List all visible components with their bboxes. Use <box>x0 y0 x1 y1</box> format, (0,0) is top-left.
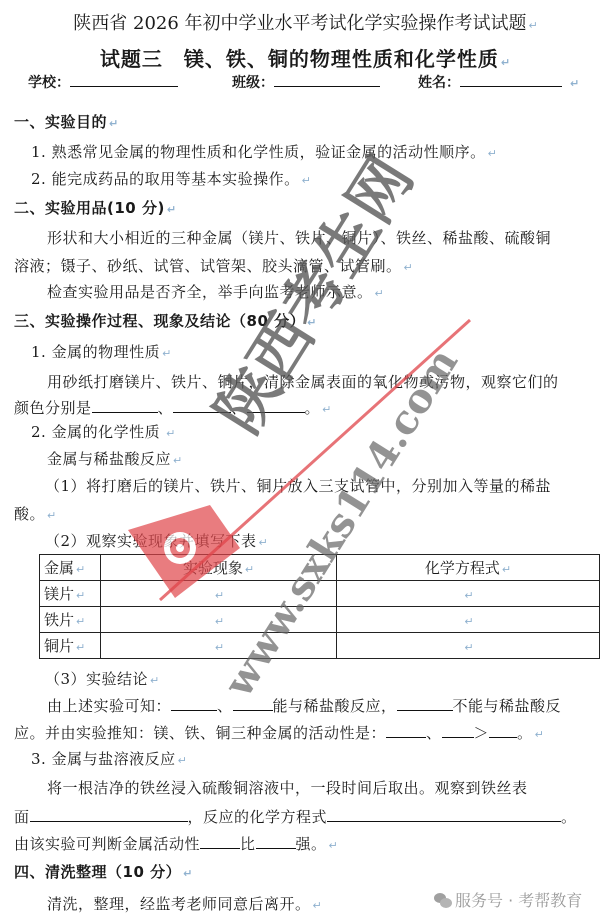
subtitle-text: 试题三 镁、铁、铜的物理性质和化学性质 <box>100 47 499 71</box>
objective-1: 1. 熟悉常见金属的物理性质和化学性质，验证金属的活动性顺序。↵ <box>31 143 497 163</box>
metal-cell: 镁片↵ <box>40 581 101 607</box>
nonreactive-metal-blank[interactable] <box>397 698 453 711</box>
observation-table: 金属↵ 实验现象↵ 化学方程式↵ 镁片↵ ↵ ↵ 铁片↵ ↵ ↵ 铜片↵ ↵ ↵ <box>39 554 600 659</box>
return-mark-icon: ↵ <box>329 839 339 852</box>
weaker-metal-blank[interactable] <box>256 836 296 849</box>
return-mark-icon: ↵ <box>375 287 385 300</box>
return-mark-icon: ↵ <box>109 117 119 130</box>
period: 。 <box>305 399 321 417</box>
acid-reaction-title: 金属与稀盐酸反应↵ <box>47 450 183 470</box>
section-3-heading: 三、实验操作过程、现象及结论（80 分）↵ <box>14 312 317 332</box>
section-1-heading: 一、实验目的↵ <box>14 113 119 133</box>
cu-color-blank[interactable] <box>247 400 305 413</box>
class-input[interactable] <box>274 74 380 87</box>
physical-line-2: 颜色分别是、、。↵ <box>14 399 332 419</box>
equation-cell[interactable]: ↵ <box>337 607 600 633</box>
materials-text: 溶液；镊子、砂纸、试管、试管架、胶头滴管、试管刷。 <box>14 257 402 275</box>
greater-than: ＞ <box>474 724 490 742</box>
return-mark-icon: ↵ <box>529 19 538 32</box>
salt-line-3: 由该实验可判断金属活动性比强。↵ <box>14 835 338 855</box>
reactive-metal-1-blank[interactable] <box>171 698 217 711</box>
chemical-properties-title: 2. 金属的化学性质↵ <box>31 423 176 443</box>
activity-3-blank[interactable] <box>489 725 517 738</box>
heading-text: 四、清洗整理（10 分） <box>14 863 181 881</box>
salt-text: 由该实验可判断金属活动性 <box>14 835 200 853</box>
return-mark-icon: ↵ <box>501 56 511 69</box>
materials-line-2: 溶液；镊子、砂纸、试管、试管架、胶头滴管、试管刷。↵ <box>14 257 413 277</box>
name-label: 姓名： <box>418 75 460 91</box>
conclusion-text: 应。并由实验推知：镁、铁、铜三种金属的活动性是： <box>14 724 386 742</box>
return-mark-icon: ↵ <box>464 615 473 628</box>
table-row: 镁片↵ ↵ ↵ <box>40 581 600 607</box>
salt-reaction-title: 3. 金属与盐溶液反应↵ <box>31 750 187 770</box>
return-mark-icon: ↵ <box>183 867 193 880</box>
salt-line-2: 面，反应的化学方程式。 <box>14 808 577 826</box>
step-1-line-2: 酸。↵ <box>14 505 57 525</box>
return-mark-icon: ↵ <box>173 454 183 467</box>
conclusion-text: 不能与稀盐酸反 <box>453 697 562 715</box>
objective-2: 2. 能完成药品的取用等基本实验操作。↵ <box>31 170 311 190</box>
phenomenon-cell[interactable]: ↵ <box>101 633 337 659</box>
return-mark-icon: ↵ <box>150 674 160 687</box>
salt-text: ，反应的化学方程式 <box>188 808 328 826</box>
return-mark-icon: ↵ <box>76 563 85 576</box>
header-metal: 金属↵ <box>40 555 101 581</box>
return-mark-icon: ↵ <box>307 316 317 329</box>
return-mark-icon: ↵ <box>215 641 224 654</box>
equation-cell[interactable]: ↵ <box>337 633 600 659</box>
name-field: 姓名：↵ <box>418 72 579 92</box>
physical-line-1: 用砂纸打磨镁片、铁片、铜片，清除金属表面的氧化物或污物，观察它们的 <box>47 373 559 391</box>
footer-watermark: 服务号 · 考帮教育 <box>434 888 582 911</box>
phenomenon-cell[interactable]: ↵ <box>101 607 337 633</box>
conclusion-line-1: 由上述实验可知：、能与稀盐酸反应，不能与稀盐酸反 <box>47 697 561 715</box>
name-input[interactable] <box>460 74 562 87</box>
conclusion-text: 能与稀盐酸反应， <box>273 697 397 715</box>
return-mark-icon: ↵ <box>464 641 473 654</box>
check-materials: 检查实验用品是否齐全，举手向监考老师示意。↵ <box>47 283 384 303</box>
subtitle-text: 1. 金属的物理性质 <box>31 343 160 361</box>
table-row: 铜片↵ ↵ ↵ <box>40 633 600 659</box>
materials-line-1: 形状和大小相近的三种金属（镁片、铁片、铜片）、铁丝、稀盐酸、硫酸铜 <box>47 229 551 247</box>
return-mark-icon: ↵ <box>404 261 414 274</box>
physical-properties-title: 1. 金属的物理性质↵ <box>31 343 172 363</box>
salt-line-1: 将一根洁净的铁丝浸入硫酸铜溶液中，一段时间后取出。观察到铁丝表 <box>47 779 528 797</box>
cleanup-para: 清洗，整理，经监考老师同意后离开。 <box>47 895 311 913</box>
question-subtitle: 试题三 镁、铁、铜的物理性质和化学性质↵ <box>0 43 611 72</box>
return-mark-icon: ↵ <box>167 203 177 216</box>
step-2: （2）观察实验现象并填写下表↵ <box>45 532 268 552</box>
heading-text: 一、实验目的 <box>14 113 107 131</box>
color-prompt: 颜色分别是 <box>14 399 92 417</box>
stronger-metal-blank[interactable] <box>200 836 240 849</box>
salt-text: 强。 <box>296 835 327 853</box>
metal-cell: 铁片↵ <box>40 607 101 633</box>
subtitle-text: 3. 金属与盐溶液反应 <box>31 750 176 768</box>
return-mark-icon: ↵ <box>76 641 85 654</box>
step-3: （3）实验结论↵ <box>45 670 160 690</box>
class-field: 班级： <box>232 72 380 92</box>
subtitle-text: 2. 金属的化学性质 <box>31 423 160 441</box>
mg-color-blank[interactable] <box>92 400 158 413</box>
conclusion-line-2: 应。并由实验推知：镁、铁、铜三种金属的活动性是：、＞。↵ <box>14 724 544 744</box>
fe-color-blank[interactable] <box>173 400 231 413</box>
school-field: 学校： <box>28 72 178 92</box>
phenomenon-cell[interactable]: ↵ <box>101 581 337 607</box>
step-text: 酸。 <box>14 505 45 523</box>
objective-text: 2. 能完成药品的取用等基本实验操作。 <box>31 170 300 188</box>
header-equation: 化学方程式↵ <box>337 555 600 581</box>
subtitle-text: 金属与稀盐酸反应 <box>47 450 171 468</box>
return-mark-icon: ↵ <box>313 899 323 912</box>
separator: 、 <box>217 697 233 715</box>
objective-text: 1. 熟悉常见金属的物理性质和化学性质，验证金属的活动性顺序。 <box>31 143 486 161</box>
return-mark-icon: ↵ <box>570 77 579 90</box>
school-input[interactable] <box>70 74 178 87</box>
footer-text: 服务号 · 考帮教育 <box>455 891 582 910</box>
equation-blank[interactable] <box>327 809 561 822</box>
check-text: 检查实验用品是否齐全，举手向监考老师示意。 <box>47 283 373 301</box>
return-mark-icon: ↵ <box>47 509 57 522</box>
metal-cell: 铜片↵ <box>40 633 101 659</box>
school-label: 学校： <box>28 75 70 91</box>
title-text: 陕西省 2026 年初中学业水平考试化学实验操作考试试题 <box>73 13 526 34</box>
salt-text: 面 <box>14 808 30 826</box>
return-mark-icon: ↵ <box>76 589 85 602</box>
heading-text: 三、实验操作过程、现象及结论（80 分） <box>14 312 305 330</box>
return-mark-icon: ↵ <box>245 563 254 576</box>
return-mark-icon: ↵ <box>259 536 269 549</box>
return-mark-icon: ↵ <box>178 754 188 767</box>
activity-2-blank[interactable] <box>442 725 474 738</box>
cleanup-text: 清洗，整理，经监考老师同意后离开。↵ <box>47 895 322 915</box>
return-mark-icon: ↵ <box>215 589 224 602</box>
class-label: 班级： <box>232 75 274 91</box>
heading-text: 二、实验用品(10 分) <box>14 199 165 217</box>
return-mark-icon: ↵ <box>322 403 332 416</box>
return-mark-icon: ↵ <box>162 347 172 360</box>
step-text: （2）观察实验现象并填写下表 <box>45 532 257 550</box>
return-mark-icon: ↵ <box>166 427 176 440</box>
separator: 、 <box>426 724 442 742</box>
header-phenomenon: 实验现象↵ <box>101 555 337 581</box>
step-1-line-1: （1）将打磨后的镁片、铁片、铜片放入三支试管中，分别加入等量的稀盐 <box>45 477 551 495</box>
observation-blank[interactable] <box>30 809 188 822</box>
return-mark-icon: ↵ <box>215 615 224 628</box>
salt-text: 比 <box>240 835 256 853</box>
return-mark-icon: ↵ <box>488 147 498 160</box>
table-row: 铁片↵ ↵ ↵ <box>40 607 600 633</box>
return-mark-icon: ↵ <box>76 615 85 628</box>
conclusion-text: 由上述实验可知： <box>47 697 171 715</box>
separator: 、 <box>158 399 174 417</box>
activity-1-blank[interactable] <box>386 725 426 738</box>
period: 。 <box>517 724 533 742</box>
wechat-icon <box>434 893 452 908</box>
period: 。 <box>561 808 577 826</box>
section-2-heading: 二、实验用品(10 分)↵ <box>14 199 177 219</box>
document-title: 陕西省 2026 年初中学业水平考试化学实验操作考试试题↵ <box>0 9 611 35</box>
equation-cell[interactable]: ↵ <box>337 581 600 607</box>
return-mark-icon: ↵ <box>502 563 511 576</box>
separator: 、 <box>231 399 247 417</box>
return-mark-icon: ↵ <box>302 174 312 187</box>
return-mark-icon: ↵ <box>535 728 545 741</box>
table-header-row: 金属↵ 实验现象↵ 化学方程式↵ <box>40 555 600 581</box>
step-text: （3）实验结论 <box>45 670 148 688</box>
return-mark-icon: ↵ <box>464 589 473 602</box>
reactive-metal-2-blank[interactable] <box>233 698 273 711</box>
section-4-heading: 四、清洗整理（10 分）↵ <box>14 863 193 883</box>
